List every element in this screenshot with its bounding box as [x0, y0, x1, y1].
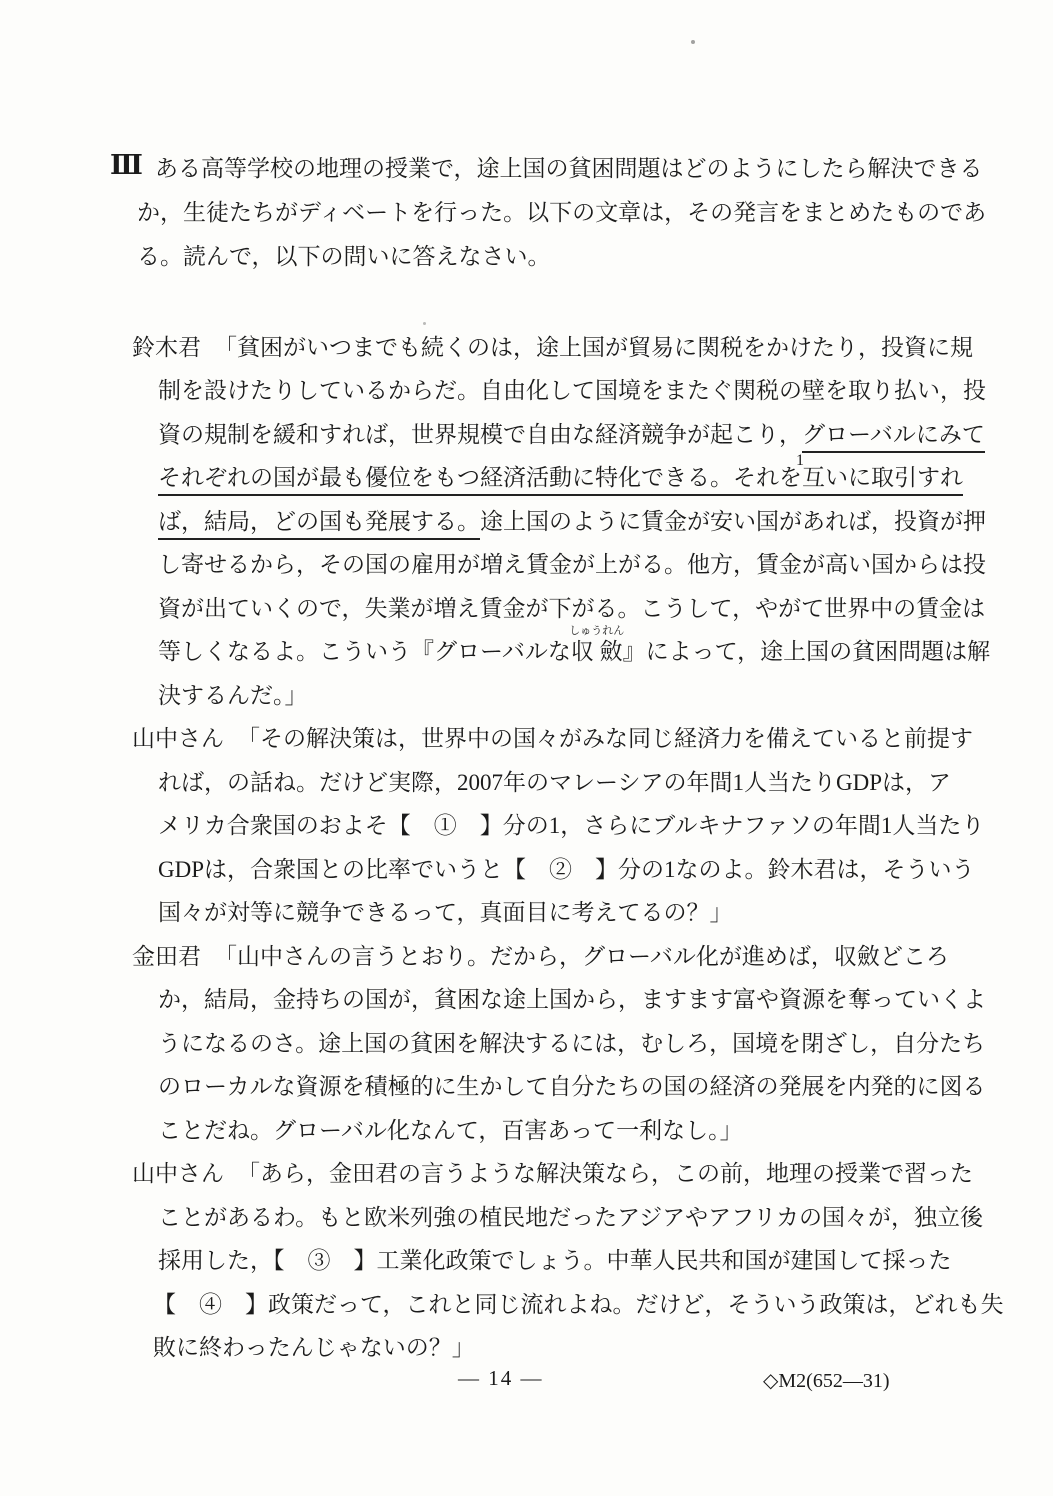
kaneda-line-3: うになるのさ。途上国の貧困を解決するには，むしろ，国境を閉ざし，自分たち [158, 1030, 985, 1058]
furigana: しゅうれん [569, 626, 624, 637]
intro-line: か，生徒たちがディベートを行った。以下の文章は，その発言をまとめたものであ [137, 199, 986, 227]
speaker-name: 金田君 [132, 944, 201, 969]
speech-text: ことだね。グローバル化なんて，百害あって一利なし。」 [158, 1118, 743, 1143]
speech-text: 【 ④ 】政策だって，これと同じ流れよね。だけど，そういう政策は，どれも失 [153, 1292, 1004, 1317]
ruby-base: 収 斂 [571, 639, 623, 664]
speech-text: 「あら，金田君の言うような解決策なら，この前，地理の授業で習った [237, 1161, 973, 1186]
speech-text: GDPは，合衆国との比率でいうと【 ② 】分の1なのよ。鈴木君は，そういう [158, 857, 975, 882]
speech-text: うになるのさ。途上国の貧困を解決するには，むしろ，国境を閉ざし，自分たち [158, 1031, 985, 1056]
yamanaka2-line-3: 採用した，【 ③ 】工業化政策でしょう。中華人民共和国が建国して採った [158, 1247, 952, 1275]
document-code: ◇M2(652—31) [763, 1368, 889, 1393]
yamanaka1-line-3: メリカ合衆国のおよそ【 ① 】分の1，さらにブルキナファソの年間1人当たり [158, 812, 984, 840]
yamanaka1-line-4: GDPは，合衆国との比率でいうと【 ② 】分の1なのよ。鈴木君は，そういう [158, 856, 975, 884]
scan-artifact [423, 322, 426, 325]
yamanaka2-line-1: 山中さん「あら，金田君の言うような解決策なら，この前，地理の授業で習った [132, 1160, 973, 1188]
kaneda-line-4: のローカルな資源を積極的に生かして自分たちの国の経済の発展を内発的に図る [158, 1073, 986, 1101]
intro-text: ある高等学校の地理の授業で，途上国の貧困問題はどのようにしたら解決できる [155, 156, 983, 181]
speech-text: 資の規制を緩和すれば，世界規模で自由な経済競争が起こり， [158, 422, 802, 447]
speech-text: 「貧困がいつまでも続くのは，途上国が貿易に関税をかけたり，投資に規 [214, 335, 973, 360]
suzuki-line-1: 鈴木君「貧困がいつまでも続くのは，途上国が貿易に関税をかけたり，投資に規 [132, 334, 973, 362]
speech-text: 決するんだ。」 [158, 683, 308, 708]
underlined-text: ば，結局，どの国も発展する。 [158, 509, 480, 540]
speech-text: のローカルな資源を積極的に生かして自分たちの国の経済の発展を内発的に図る [158, 1074, 986, 1099]
suzuki-line-4: それぞれの国が最も優位をもつ経済活動に特化できる。それを互いに取引すれ [158, 464, 963, 492]
suzuki-line-9: 決するんだ。」 [158, 682, 308, 710]
page-number: — 14 — [458, 1366, 544, 1391]
speaker-name: 山中さん [132, 1161, 224, 1186]
suzuki-line-3: 資の規制を緩和すれば，世界規模で自由な経済競争が起こり，グローバルにみて1 [158, 421, 985, 449]
speech-text: 採用した，【 ③ 】工業化政策でしょう。中華人民共和国が建国して採った [158, 1248, 952, 1273]
speech-text: 「山中さんの言うとおり。だから，グローバル化が進めば，収斂どころ [214, 944, 949, 969]
underlined-text: グローバルにみて [802, 422, 985, 447]
suzuki-line-8: 等しくなるよ。こういう『グローバルな収 斂しゅうれん』によって，途上国の貧困問題… [158, 638, 990, 666]
yamanaka1-line-2: れば，の話ね。だけど実際，2007年のマレーシアの年間1人当たりGDPは，ア [158, 769, 951, 797]
speech-text: 敗に終わったんじゃないの？」 [153, 1335, 475, 1360]
speaker-name: 鈴木君 [132, 335, 201, 360]
speech-text: メリカ合衆国のおよそ【 ① 】分の1，さらにブルキナファソの年間1人当たり [158, 813, 984, 838]
yamanaka2-line-5: 敗に終わったんじゃないの？」 [153, 1334, 475, 1362]
kaneda-line-5: ことだね。グローバル化なんて，百害あって一利なし。」 [158, 1117, 743, 1145]
suzuki-line-6: し寄せるから，その国の雇用が増え賃金が上がる。他方，賃金が高い国からは投 [158, 551, 986, 579]
scan-artifact [933, 518, 936, 521]
intro-text: る。読んで，以下の問いに答えなさい。 [137, 244, 551, 269]
speech-text: か，結局，金持ちの国が，貧困な途上国から，ますます富や資源を奪っていくよ [158, 987, 986, 1012]
speech-text: 制を設けたりしているからだ。自由化して国境をまたぐ関税の壁を取り払い，投 [158, 378, 986, 403]
speech-text: 国々が対等に競争できるって，真面目に考えてるの？」 [158, 900, 733, 925]
yamanaka1-line-5: 国々が対等に競争できるって，真面目に考えてるの？」 [158, 899, 733, 927]
ruby-shuuren: 収 斂しゅうれん [571, 639, 623, 664]
speech-text: し寄せるから，その国の雇用が増え賃金が上がる。他方，賃金が高い国からは投 [158, 552, 986, 577]
speech-text: 「その解決策は，世界中の国々がみな同じ経済力を備えていると前提す [237, 726, 973, 751]
kaneda-line-2: か，結局，金持ちの国が，貧困な途上国から，ますます富や資源を奪っていくよ [158, 986, 986, 1014]
speech-text: 途上国のように賃金が安い国があれば，投資が押 [480, 509, 986, 534]
speaker-name: 山中さん [132, 726, 224, 751]
yamanaka1-line-1: 山中さん「その解決策は，世界中の国々がみな同じ経済力を備えていると前提す [132, 725, 973, 753]
underlined-text: それぞれの国が最も優位をもつ経済活動に特化できる。それを互いに取引すれ [158, 465, 963, 496]
intro-line: る。読んで，以下の問いに答えなさい。 [137, 243, 551, 271]
suzuki-line-2: 制を設けたりしているからだ。自由化して国境をまたぐ関税の壁を取り払い，投 [158, 377, 986, 405]
speech-text: 等しくなるよ。こういう『グローバルな [158, 639, 571, 664]
kaneda-line-1: 金田君「山中さんの言うとおり。だから，グローバル化が進めば，収斂どころ [132, 943, 949, 971]
speech-text: ことがあるわ。もと欧米列強の植民地だったアジアやアフリカの国々が，独立後 [158, 1205, 983, 1230]
speech-text: れば，の話ね。だけど実際，2007年のマレーシアの年間1人当たりGDPは，ア [158, 770, 951, 795]
underlined-passage-1-start: グローバルにみて1 [802, 422, 985, 453]
scan-artifact [691, 40, 695, 44]
speech-text: 資が出ていくので，失業が増え賃金が下がる。こうして，やがて世界中の賃金は [158, 596, 985, 621]
suzuki-line-5: ば，結局，どの国も発展する。途上国のように賃金が安い国があれば，投資が押 [158, 508, 986, 536]
speech-text: 』によって，途上国の貧困問題は解 [623, 639, 991, 664]
yamanaka2-line-2: ことがあるわ。もと欧米列強の植民地だったアジアやアフリカの国々が，独立後 [158, 1204, 983, 1232]
exam-page: Ⅲ ある高等学校の地理の授業で，途上国の貧困問題はどのようにしたら解決できる か… [0, 0, 1053, 1496]
yamanaka2-line-4: 【 ④ 】政策だって，これと同じ流れよね。だけど，そういう政策は，どれも失 [153, 1291, 1004, 1319]
intro-line: ある高等学校の地理の授業で，途上国の貧困問題はどのようにしたら解決できる [155, 155, 983, 183]
intro-text: か，生徒たちがディベートを行った。以下の文章は，その発言をまとめたものであ [137, 200, 986, 225]
question-number-marker: Ⅲ [110, 150, 142, 181]
suzuki-line-7: 資が出ていくので，失業が増え賃金が下がる。こうして，やがて世界中の賃金は [158, 595, 985, 623]
